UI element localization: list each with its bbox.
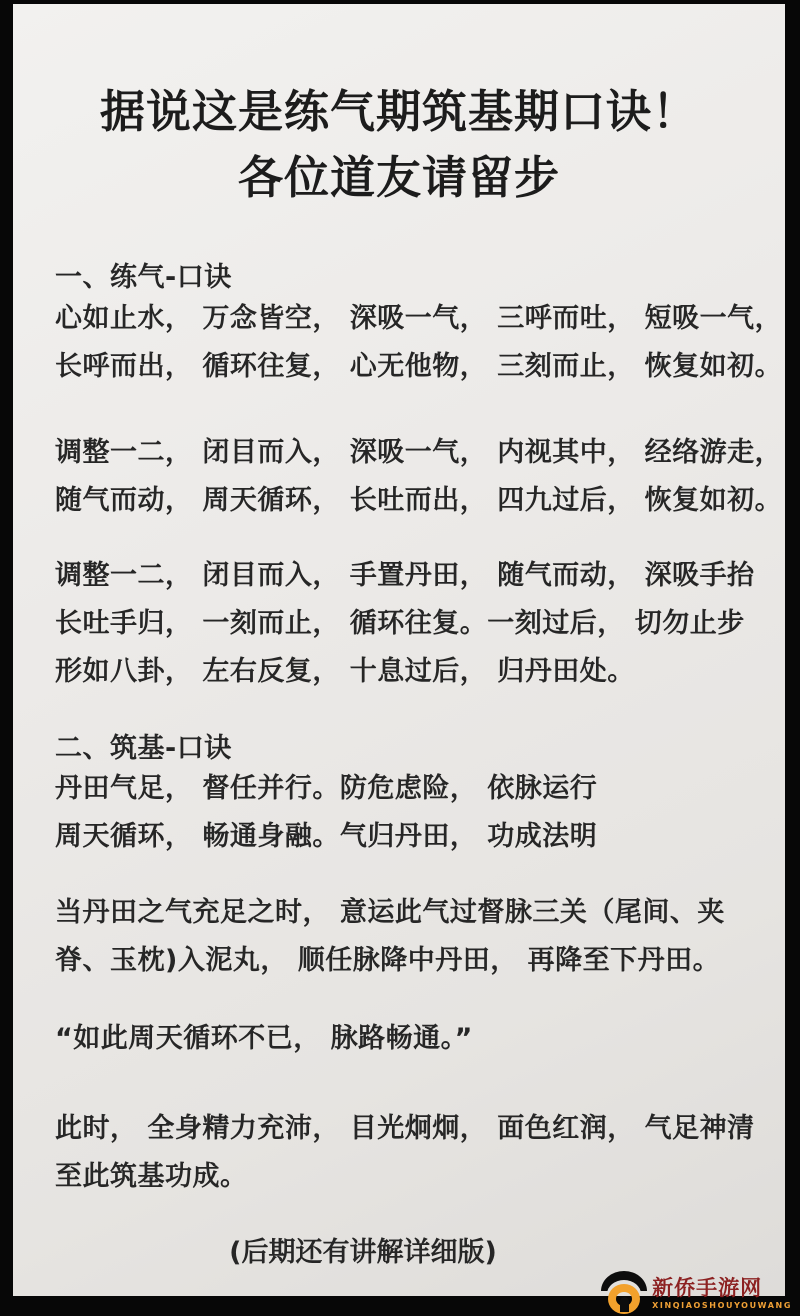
title-line-2: 各位道友请留步 xyxy=(13,145,785,211)
title-line-1: 据说这是练气期筑基期口诀！ xyxy=(13,79,785,145)
watermark-site-name: 新侨手游网 xyxy=(652,1276,792,1299)
qi-refining-verse-1: 心如止水， 万念皆空， 深吸一气， 三呼而吐， 短吸一气， 长呼而出， 循环往复… xyxy=(55,295,771,391)
house-logo-icon xyxy=(601,1271,647,1315)
foundation-verse-1: 丹田气足， 督任并行。防危虑险， 依脉运行 周天循环， 畅通身融。气归丹田， 功… xyxy=(55,765,771,861)
site-watermark: 新侨手游网 XINQIAOSHOUYOUWANG xyxy=(601,1271,792,1315)
text-line: 调整一二， 闭目而入， 手置丹田， 随气而动， 深吸手抬 xyxy=(55,552,771,600)
text-line: 脊、玉枕)入泥丸， 顺任脉降中丹田， 再降至下丹田。 xyxy=(55,937,771,985)
footer-note: (后期还有讲解详细版) xyxy=(13,1229,713,1277)
poster-background: 据说这是练气期筑基期口诀！ 各位道友请留步 一、练气-口诀 心如止水， 万念皆空… xyxy=(13,4,785,1296)
text-line: 当丹田之气充足之时， 意运此气过督脉三关（尾间、夹 xyxy=(55,889,771,937)
text-line: 心如止水， 万念皆空， 深吸一气， 三呼而吐， 短吸一气， xyxy=(55,295,771,343)
poster-title: 据说这是练气期筑基期口诀！ 各位道友请留步 xyxy=(13,79,785,211)
text-line: 形如八卦， 左右反复， 十息过后， 归丹田处。 xyxy=(55,648,771,696)
text-line: 调整一二， 闭目而入， 深吸一气， 内视其中， 经络游走， xyxy=(55,429,771,477)
text-line: 长呼而出， 循环往复， 心无他物， 三刻而止， 恢复如初。 xyxy=(55,343,771,391)
text-line: 周天循环， 畅通身融。气归丹田， 功成法明 xyxy=(55,813,771,861)
text-line: “如此周天循环不已， 脉路畅通。” xyxy=(55,1015,771,1063)
qi-refining-verse-2: 调整一二， 闭目而入， 深吸一气， 内视其中， 经络游走， 随气而动， 周天循环… xyxy=(55,429,771,525)
logo-door-shape xyxy=(620,1297,629,1312)
text-line: 此时， 全身精力充沛， 目光炯炯， 面色红润， 气足神清 xyxy=(55,1105,771,1153)
watermark-site-latin: XINQIAOSHOUYOUWANG xyxy=(652,1302,792,1310)
watermark-text: 新侨手游网 XINQIAOSHOUYOUWANG xyxy=(652,1276,792,1309)
text-line: 随气而动， 周天循环， 长吐而出， 四九过后， 恢复如初。 xyxy=(55,477,771,525)
foundation-explanation: 当丹田之气充足之时， 意运此气过督脉三关（尾间、夹 脊、玉枕)入泥丸， 顺任脉降… xyxy=(55,889,771,985)
text-line: 长吐手归， 一刻而止， 循环往复。一刻过后， 切勿止步 xyxy=(55,600,771,648)
foundation-quote: “如此周天循环不已， 脉路畅通。” xyxy=(55,1015,771,1063)
text-line: 至此筑基功成。 xyxy=(55,1153,771,1201)
text-line: 丹田气足， 督任并行。防危虑险， 依脉运行 xyxy=(55,765,771,813)
foundation-result: 此时， 全身精力充沛， 目光炯炯， 面色红润， 气足神清 至此筑基功成。 xyxy=(55,1105,771,1201)
poster-image: { "poster": { "title": { "line1": "据说这是练… xyxy=(0,0,800,1316)
qi-refining-verse-3: 调整一二， 闭目而入， 手置丹田， 随气而动， 深吸手抬 长吐手归， 一刻而止，… xyxy=(55,552,771,696)
